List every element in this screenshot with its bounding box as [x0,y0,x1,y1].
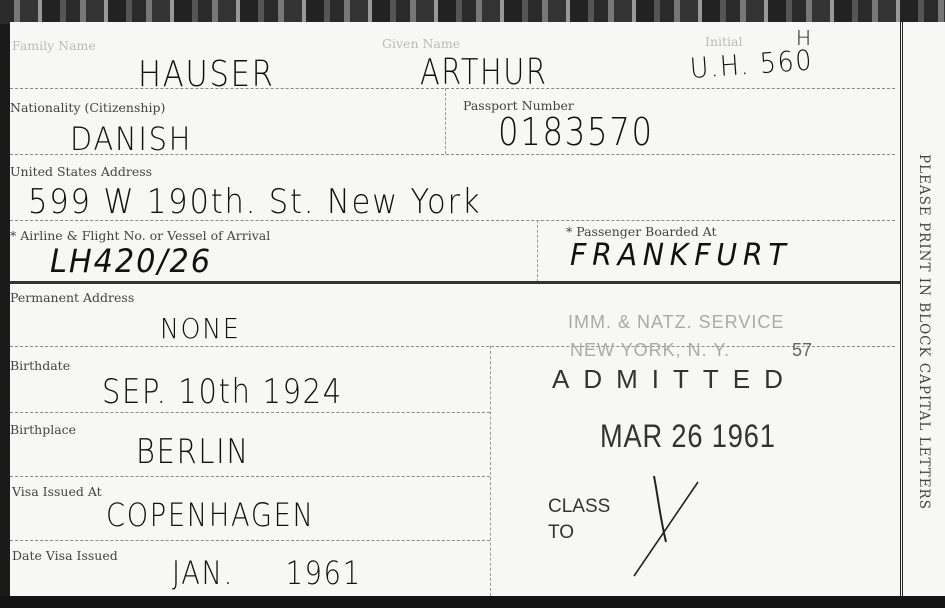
airline-flight-label: * Airline & Flight No. or Vessel of Arri… [10,228,270,243]
nationality-value: DANISH [70,120,192,158]
divider [10,88,895,89]
given-name-label: Given Name [382,36,460,51]
stamp-date: MAR 26 1961 [600,418,776,455]
passport-number-value: 0183570 [498,110,654,154]
permanent-address-value: NONE [160,312,241,345]
boarded-at-value: FRANKFURT [570,238,791,273]
divider [10,476,490,477]
us-address-label: United States Address [10,164,152,179]
stamp-agency: IMM. & NATZ. SERVICE [568,312,784,333]
divider [490,346,491,596]
stamp-location: NEW YORK, N. Y. [570,340,730,361]
birthdate-label: Birthdate [10,358,70,373]
class-check-mark-icon [630,472,710,582]
initial-annotation: H [796,26,813,50]
film-edge-bottom [0,596,945,608]
nationality-label: Nationality (Citizenship) [10,100,165,115]
print-instruction: PLEASE PRINT IN BLOCK CAPITAL LETTERS [916,154,932,510]
stamp-code: 57 [792,340,812,361]
permanent-address-label: Permanent Address [10,290,134,305]
airline-flight-value: LH420/26 [50,242,212,280]
form-area: Family Name HAUSER Given Name ARTHUR Ini… [10,22,903,596]
given-name-value: ARTHUR [420,52,548,93]
divider [537,220,538,282]
side-panel: PLEASE PRINT IN BLOCK CAPITAL LETTERS [903,22,945,596]
divider [10,540,490,541]
birthdate-value: SEP. 10th 1924 [102,372,343,412]
initial-label: Initial [705,34,742,49]
divider [10,412,490,413]
divider [10,346,895,347]
divider [10,154,895,155]
boarded-at-label: * Passenger Boarded At [566,224,717,239]
date-visa-issued-value: JAN. 1961 [172,554,362,592]
class-label: CLASS [548,496,610,518]
birthplace-value: BERLIN [136,432,250,472]
section-divider [10,281,900,284]
birthplace-label: Birthplace [10,422,76,437]
divider [10,220,895,221]
to-label: TO [548,522,574,544]
family-name-label: Family Name [12,38,96,53]
visa-issued-at-label: Visa Issued At [12,484,102,499]
divider [445,88,446,154]
arrival-card: Family Name HAUSER Given Name ARTHUR Ini… [10,22,945,596]
date-visa-issued-label: Date Visa Issued [12,548,118,563]
visa-issued-at-value: COPENHAGEN [106,496,315,534]
film-edge-top [0,0,945,24]
stamp-status: ADMITTED [552,364,797,395]
us-address-value: 599 W 190th. St. New York [28,182,481,222]
